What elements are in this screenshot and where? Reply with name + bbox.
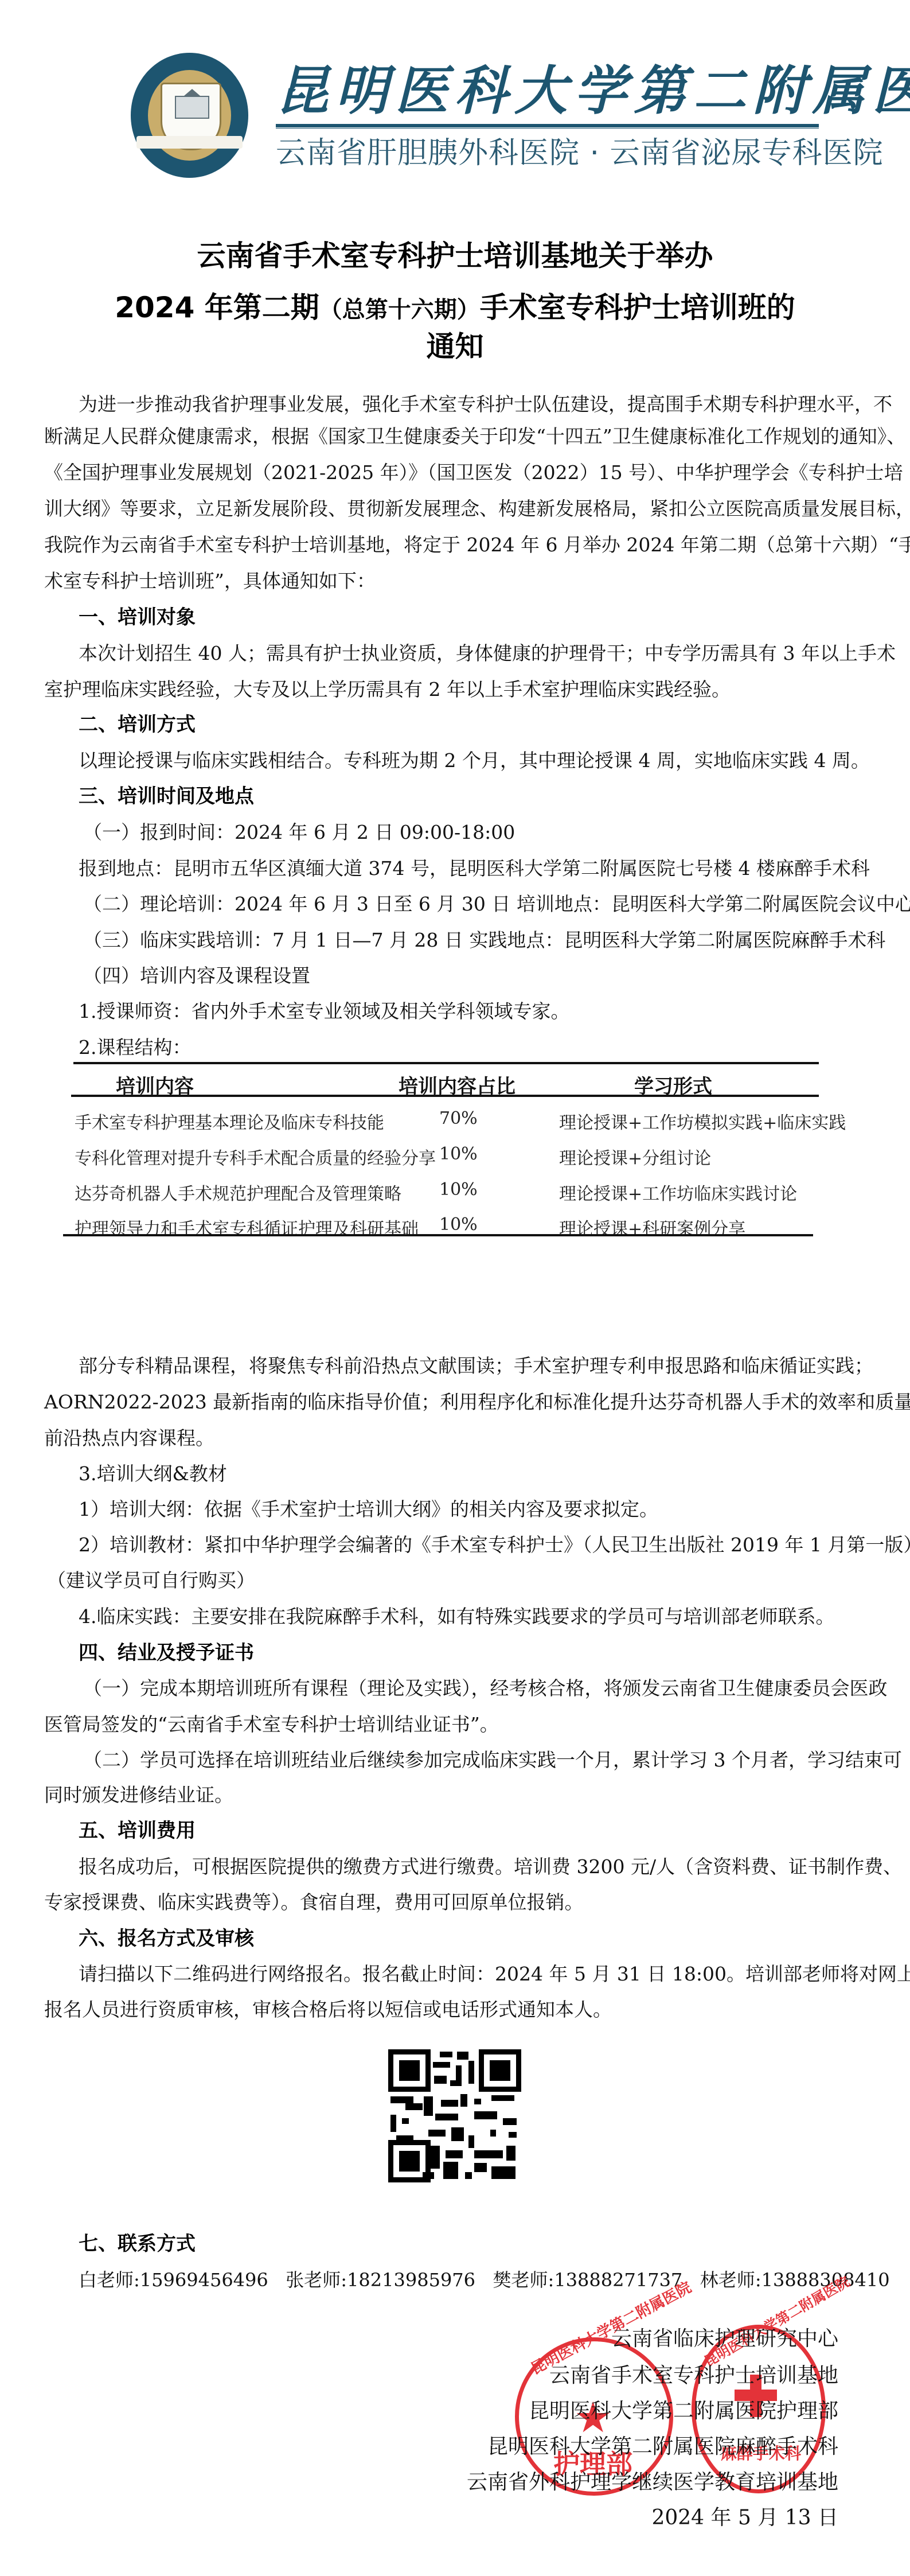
section-text: （一）报到时间：2024 年 6 月 2 日 09:00-18:00	[83, 815, 515, 850]
section-text: 以理论授课与临床实践相结合。专科班为期 2 个月，其中理论授课 4 周，实地临床…	[79, 743, 870, 779]
hospital-name-calligraphy: 昆明医科大学第二附属医院	[276, 56, 819, 125]
table-cell: 理论授课+工作坊临床实践讨论	[559, 1180, 797, 1205]
section-text: 1.授课师资：省内外手术室专业领域及相关学科领域专家。	[79, 994, 570, 1029]
table-header-rule	[71, 1095, 819, 1097]
signature-org: 昆明医科大学第二附属医院麻醉手术科	[487, 2429, 838, 2465]
section-heading-contacts: 七、联系方式	[79, 2226, 196, 2262]
hospital-letterhead: 昆明医科大学第二附属医院 云南省肝胆胰外科医院 · 云南省泌尿专科医院	[131, 53, 819, 180]
intro-line: 我院作为云南省手术室专科护士培训基地，将定于 2024 年 6 月举办 2024…	[44, 527, 910, 563]
letterhead-divider	[276, 124, 819, 127]
section-text: 医管局签发的“云南省手术室专科护士培训结业证书”。	[44, 1707, 499, 1742]
section-heading-time-place: 三、培训时间及地点	[79, 779, 254, 814]
section-text: （一）完成本期培训班所有课程（理论及实践），经考核合格，将颁发云南省卫生健康委员…	[83, 1671, 888, 1706]
intro-line: 断满足人民群众健康需求，根据《国家卫生健康委关于印发“十四五”卫生健康标准化工作…	[44, 419, 905, 454]
intro-line: 《全国护理事业发展规划（2021-2025 年）》（国卫医发（2022）15 号…	[44, 455, 903, 491]
section-text: 请扫描以下二维码进行网络报名。报名截止时间：2024 年 5 月 31 日 18…	[79, 1956, 910, 1992]
signature-org: 云南省手术室专科护士培训基地	[549, 2358, 838, 2394]
section-text: 部分专科精品课程，将聚焦专科前沿热点文献围读；手术室护理专利申报思路和临床循证实…	[79, 1348, 873, 1384]
notice-title-line2: 2024 年第二期（总第十六期）手术室专科护士培训班的	[0, 287, 910, 330]
table-cell: 手术室专科护理基本理论及临床专科技能	[75, 1108, 384, 1134]
section-heading-fees: 五、培训费用	[79, 1813, 196, 1849]
section-text: 报名成功后，可根据医院提供的缴费方式进行缴费。培训费 3200 元/人（含资料费…	[79, 1849, 902, 1885]
contact-phone[interactable]: 18213985976	[347, 2269, 475, 2291]
section-text: （二）学员可选择在培训班结业后继续参加完成临床实践一个月，累计学习 3 个月者，…	[83, 1742, 902, 1778]
notice-title-line1: 云南省手术室专科护士培训基地关于举办	[0, 235, 910, 277]
table-top-rule	[73, 1062, 819, 1064]
table-cell: 10%	[439, 1180, 478, 1200]
contact-phone[interactable]: 15969456496	[140, 2269, 268, 2291]
registration-qr-code-icon[interactable]	[388, 2049, 521, 2182]
section-text: 报名人员进行资质审核，审核合格后将以短信或电话形式通知本人。	[44, 1992, 612, 2028]
section-text: （三）临床实践培训：7 月 1 日—7 月 28 日 实践地点：昆明医科大学第二…	[83, 923, 885, 958]
contact-name: 林老师	[700, 2269, 755, 2291]
section-text: AORN2022-2023 最新指南的临床指导价值；利用程序化和标准化提升达芬奇…	[44, 1384, 910, 1420]
section-text: （建议学员可自行购买）	[47, 1563, 255, 1598]
section-heading-trainees: 一、培训对象	[79, 600, 196, 635]
signature-org: 昆明医科大学第二附属医院护理部	[529, 2394, 838, 2429]
intro-line: 训大纲》等要求，立足新发展阶段、贯彻新发展理念、构建新发展格局，紧扣公立医院高质…	[44, 491, 910, 527]
section-heading-certificate: 四、结业及授予证书	[79, 1635, 254, 1671]
signature-date: 2024 年 5 月 13 日	[651, 2500, 838, 2536]
table-cell: 理论授课+分组讨论	[559, 1144, 711, 1169]
building-icon	[175, 96, 209, 119]
contact-list: 白老师:15969456496 张老师:18213985976 樊老师:1388…	[79, 2262, 890, 2298]
section-text: 室护理临床实践经验，大专及以上学历需具有 2 年以上手术室护理临床实践经验。	[44, 672, 731, 707]
signature-org: 云南省临床护理研究中心	[611, 2321, 838, 2357]
section-text: 专家授课费、临床实践费等）。食宿自理，费用可回原单位报销。	[44, 1885, 584, 1920]
section-text: （二）理论培训：2024 年 6 月 3 日至 6 月 30 日 培训地点：昆明…	[83, 886, 910, 922]
hospital-seal-logo	[131, 53, 248, 178]
section-text: 3.培训大纲&教材	[79, 1456, 227, 1492]
table-cell: 专科化管理对提升专科手术配合质量的经验分享	[75, 1144, 436, 1169]
table-cell: 70%	[439, 1108, 478, 1129]
section-text: 4.临床实践：主要安排在我院麻醉手术科，如有特殊实践要求的学员可与培训部老师联系…	[79, 1599, 835, 1635]
intro-line: 术室专科护士培训班”，具体通知如下：	[44, 563, 376, 599]
table-bottom-rule	[63, 1234, 813, 1236]
contact-name: 白老师	[79, 2269, 134, 2291]
table-cell: 10%	[439, 1144, 478, 1164]
contact-name: 张老师	[286, 2269, 341, 2291]
hospital-subtitle: 云南省肝胆胰外科医院 · 云南省泌尿专科医院	[276, 133, 819, 173]
notice-title-line3: 通知	[0, 326, 910, 367]
signature-org: 云南省外科护理学继续医学教育培训基地	[467, 2465, 838, 2500]
section-text: 同时颁发进修结业证。	[44, 1777, 233, 1813]
table-cell: 理论授课+工作坊模拟实践+临床实践	[559, 1108, 846, 1134]
table-cell: 10%	[439, 1215, 478, 1235]
contact-name: 樊老师	[493, 2269, 548, 2291]
section-heading-registration: 六、报名方式及审核	[79, 1921, 254, 1956]
letterhead-divider-thin	[276, 128, 819, 129]
section-text: 报到地点：昆明市五华区滇缅大道 374 号，昆明医科大学第二附属医院七号楼 4 …	[79, 851, 870, 886]
section-text: 2）培训教材：紧扣中华护理学会编著的《手术室专科护士》（人民卫生出版社 2019…	[79, 1527, 910, 1563]
section-heading-method: 二、培训方式	[79, 707, 196, 742]
intro-line: 为进一步推动我省护理事业发展，强化手术室专科护士队伍建设，提高围手术期专科护理水…	[79, 387, 892, 422]
section-text: 1）培训大纲：依据《手术室护士培训大纲》的相关内容及要求拟定。	[79, 1492, 658, 1527]
section-text: 2.课程结构：	[79, 1030, 192, 1065]
section-text: 本次计划招生 40 人；需具有护士执业资质，身体健康的护理骨干；中专学历需具有 …	[79, 636, 896, 671]
table-cell: 达芬奇机器人手术规范护理配合及管理策略	[75, 1180, 401, 1205]
section-text: 前沿热点内容课程。	[44, 1421, 214, 1456]
section-text: （四）培训内容及课程设置	[83, 958, 310, 994]
